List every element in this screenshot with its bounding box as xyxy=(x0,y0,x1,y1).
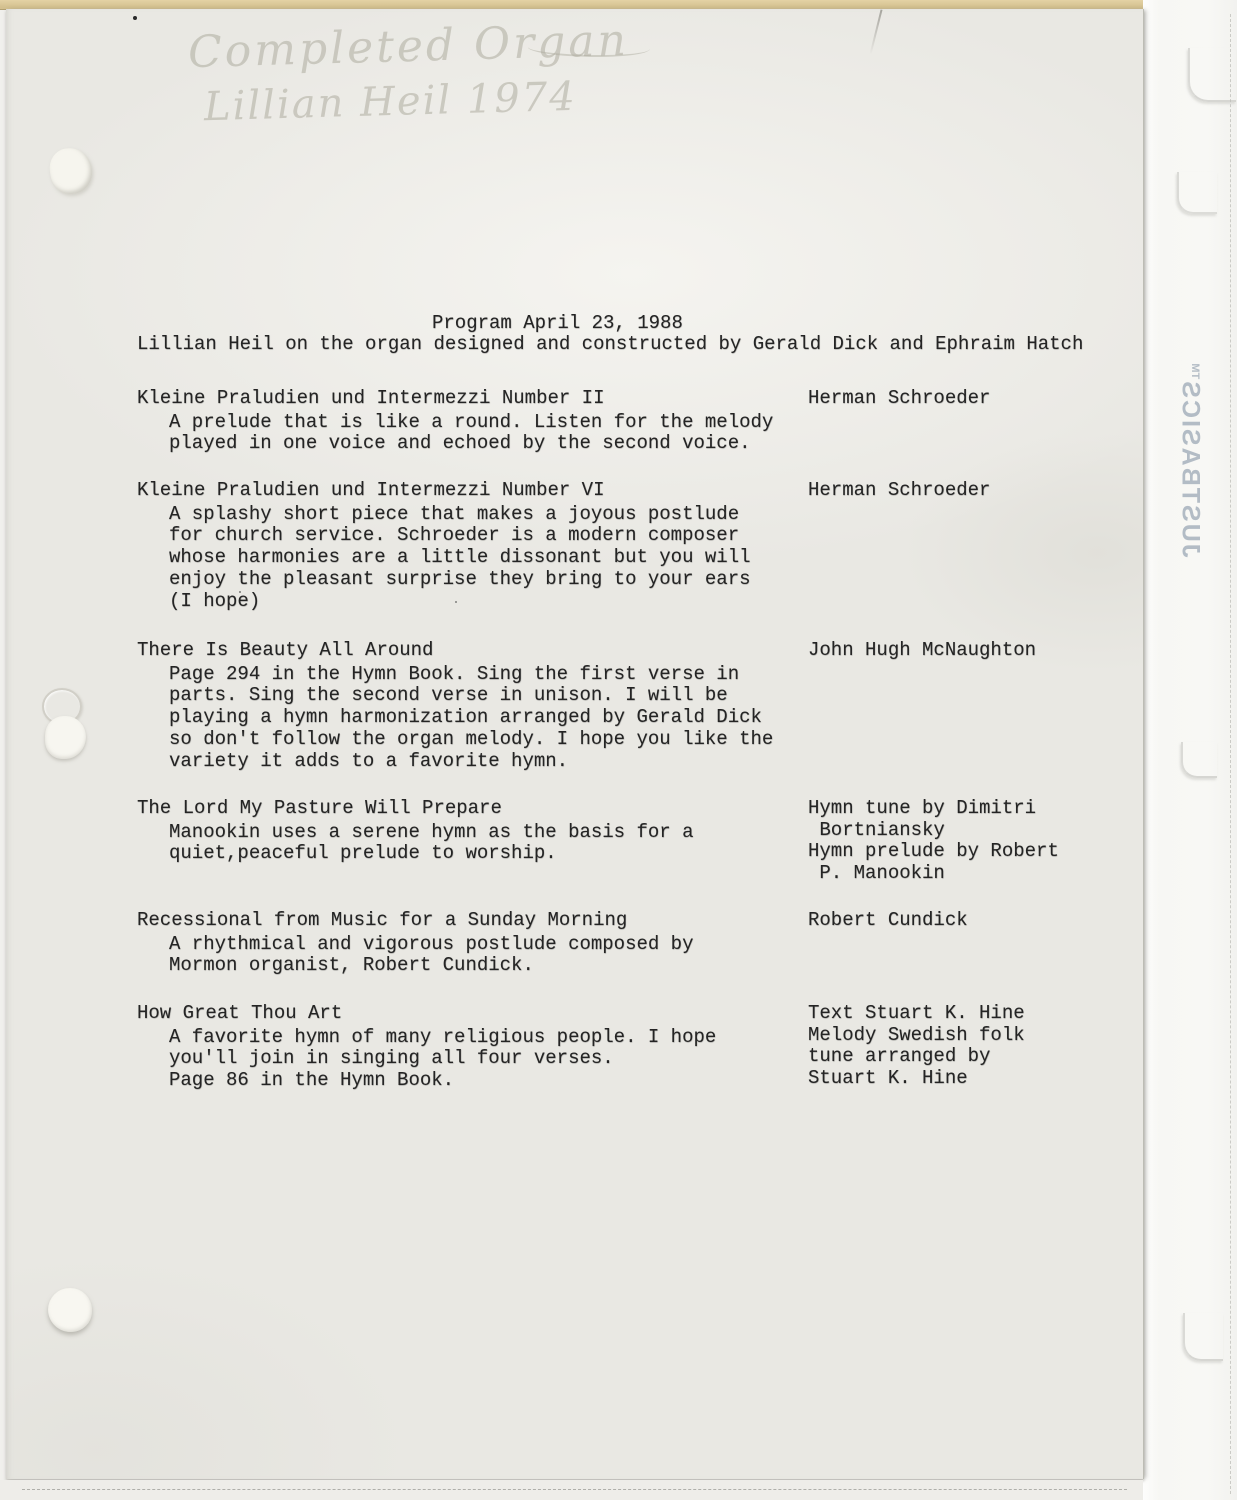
composer-line: Hymn tune by Dimitri xyxy=(808,798,1059,820)
composer-line: Hymn prelude by Robert xyxy=(808,841,1059,863)
piece-description-line: so don't follow the organ melody. I hope… xyxy=(169,729,1137,751)
sleeve-notch xyxy=(1183,1313,1223,1361)
program-item: Kleine Praludien und Intermezzi Number V… xyxy=(137,480,1137,612)
sleeve-notch xyxy=(1177,172,1217,214)
piece-description-line: Mormon organist, Robert Cundick. xyxy=(169,955,1137,977)
bottom-perforation-line xyxy=(22,1489,1127,1490)
composer-line: Stuart K. Hine xyxy=(808,1068,1025,1090)
program-subtitle: Lillian Heil on the organ designed and c… xyxy=(137,334,1083,356)
program-item: There Is Beauty All Around Page 294 in t… xyxy=(137,640,1137,772)
hole-punch-top xyxy=(47,145,95,196)
program-item: Recessional from Music for a Sunday Morn… xyxy=(137,910,1137,977)
composer-line: Herman Schroeder xyxy=(808,480,990,502)
scan-speck xyxy=(455,601,457,603)
piece-description-line: A splashy short piece that makes a joyou… xyxy=(169,504,1137,526)
program-item: How Great Thou Art A favorite hymn of ma… xyxy=(137,1003,1137,1092)
sleeve-notch xyxy=(1188,48,1236,102)
scan-speck xyxy=(133,16,137,20)
piece-description-line: for church service. Schroeder is a moder… xyxy=(169,525,1137,547)
sleeve-notch xyxy=(1181,742,1217,778)
sleeve-brand: JUSTBASICSTM xyxy=(1143,372,1237,548)
piece-description-line: Page 294 in the Hymn Book. Sing the firs… xyxy=(169,664,1137,686)
composer-line: John Hugh McNaughton xyxy=(808,640,1036,662)
composer-line: Text Stuart K. Hine xyxy=(808,1003,1025,1025)
piece-title: Recessional from Music for a Sunday Morn… xyxy=(137,910,1137,932)
composer-line: Bortniansky xyxy=(808,820,1059,842)
scan-scratch xyxy=(869,9,882,54)
piece-description-line: playing a hymn harmonization arranged by… xyxy=(169,707,1137,729)
piece-description-line: (I hope) xyxy=(169,591,1137,613)
composer-line: Robert Cundick xyxy=(808,910,968,932)
hole-punch-bottom xyxy=(48,1288,92,1332)
piece-description-line: played in one voice and echoed by the se… xyxy=(169,433,1137,455)
program-item: Kleine Praludien und Intermezzi Number I… xyxy=(137,388,1137,455)
document-scan: JUSTBASICSTM Completed Organ Lillian Hei… xyxy=(0,0,1237,1500)
scan-bottom-strip xyxy=(0,1480,1143,1500)
composer-line: Melody Swedish folk xyxy=(808,1025,1025,1047)
piece-description-line: parts. Sing the second verse in unison. … xyxy=(169,685,1137,707)
trademark-mark: TM xyxy=(1189,363,1201,379)
scan-speck xyxy=(239,591,241,593)
piece-description-line: enjoy the pleasant surprise they bring t… xyxy=(169,569,1137,591)
composer-line: P. Manookin xyxy=(808,863,1059,885)
sheet-protector-strip: JUSTBASICSTM xyxy=(1143,0,1237,1500)
composer-line: tune arranged by xyxy=(808,1046,1025,1068)
program-item: The Lord My Pasture Will Prepare Manooki… xyxy=(137,798,1137,865)
piece-description-line: A rhythmical and vigorous postlude compo… xyxy=(169,934,1137,956)
hole-punch-middle xyxy=(45,716,86,759)
piece-description-line: A prelude that is like a round. Listen f… xyxy=(169,412,1137,434)
program-title: Program April 23, 1988 xyxy=(432,313,683,335)
composer-line: Herman Schroeder xyxy=(808,388,990,410)
piece-description-line: whose harmonies are a little dissonant b… xyxy=(169,547,1137,569)
pencil-note-line2: Lillian Heil 1974 xyxy=(203,74,577,130)
sleeve-edge-perforation xyxy=(1230,14,1231,1494)
sleeve-brand-text: JUSTBASICS xyxy=(1177,379,1205,557)
paper-page: Completed Organ Lillian Heil 1974 Progra… xyxy=(6,9,1144,1479)
piece-description-line: variety it adds to a favorite hymn. xyxy=(169,751,1137,773)
